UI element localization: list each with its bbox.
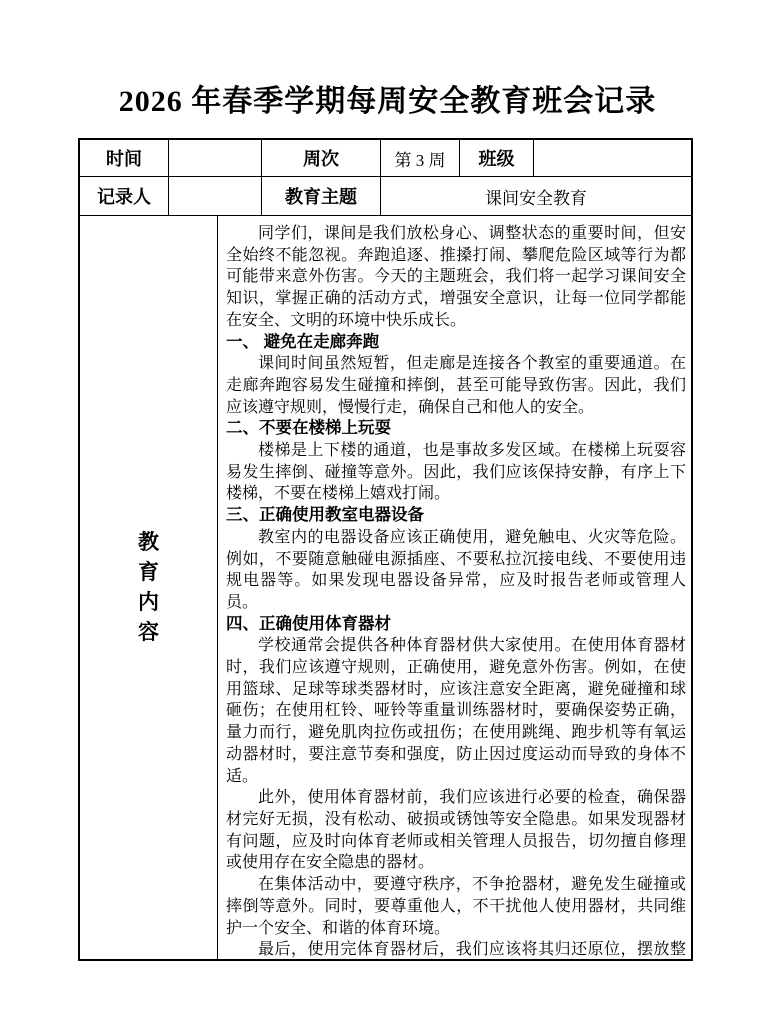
week-value: 第 3 周 (380, 140, 459, 176)
content-label: 教育内容 (137, 528, 161, 648)
recorder-value-cell (168, 177, 261, 215)
section-4-paragraph-1: 学校通常会提供各种体育器材供大家使用。在使用体育器材时，我们应该遵守规则，正确使… (226, 635, 686, 787)
page-title: 2026 年春季学期每周安全教育班会记录 (0, 76, 775, 120)
class-label: 班级 (459, 140, 533, 176)
content-label-cell: 教育内容 (80, 216, 217, 959)
content-body: 同学们，课间是我们放松身心、调整状态的重要时间，但安全始终不能忽视。奔跑追逐、推… (217, 216, 691, 959)
class-value-cell (533, 140, 691, 176)
section-4-paragraph-3: 在集体活动中，要遵守秩序，不争抢器材，避免发生碰撞或摔倒等意外。同时，要尊重他人… (226, 874, 686, 939)
week-label: 周次 (261, 140, 380, 176)
section-1-heading: 一、 避免在走廊奔跑 (226, 332, 686, 354)
table-row-meta-1: 时间 周次 第 3 周 班级 (80, 140, 691, 176)
section-3-heading: 三、正确使用教室电器设备 (226, 505, 686, 527)
section-2-heading: 二、不要在楼梯上玩耍 (226, 418, 686, 440)
topic-value: 课间安全教育 (380, 177, 691, 215)
recorder-label: 记录人 (80, 177, 168, 215)
section-3-paragraph: 教室内的电器设备应该正确使用，避免触电、火灾等危险。例如，不要随意触碰电源插座、… (226, 527, 686, 614)
record-table: 时间 周次 第 3 周 班级 记录人 教育主题 课间安全教育 教育内容 同学们，… (78, 138, 693, 961)
topic-label: 教育主题 (261, 177, 380, 215)
section-4-paragraph-2: 此外，使用体育器材前，我们应该进行必要的检查，确保器材完好无损，没有松动、破损或… (226, 787, 686, 874)
time-label: 时间 (80, 140, 168, 176)
section-1-paragraph: 课间时间虽然短暂，但走廊是连接各个教室的重要通道。在走廊奔跑容易发生碰撞和摔倒，… (226, 353, 686, 418)
table-row-content: 教育内容 同学们，课间是我们放松身心、调整状态的重要时间，但安全始终不能忽视。奔… (80, 215, 691, 959)
section-4-paragraph-4: 最后，使用完体育器材后，我们应该将其归还原位，摆放整齐，以便其他同学继续使用。同… (226, 939, 686, 959)
content-intro: 同学们，课间是我们放松身心、调整状态的重要时间，但安全始终不能忽视。奔跑追逐、推… (226, 223, 686, 332)
section-2-paragraph: 楼梯是上下楼的通道，也是事故多发区域。在楼梯上玩耍容易发生摔倒、碰撞等意外。因此… (226, 440, 686, 505)
time-value-cell (168, 140, 261, 176)
section-4-heading: 四、正确使用体育器材 (226, 614, 686, 636)
table-row-meta-2: 记录人 教育主题 课间安全教育 (80, 176, 691, 215)
